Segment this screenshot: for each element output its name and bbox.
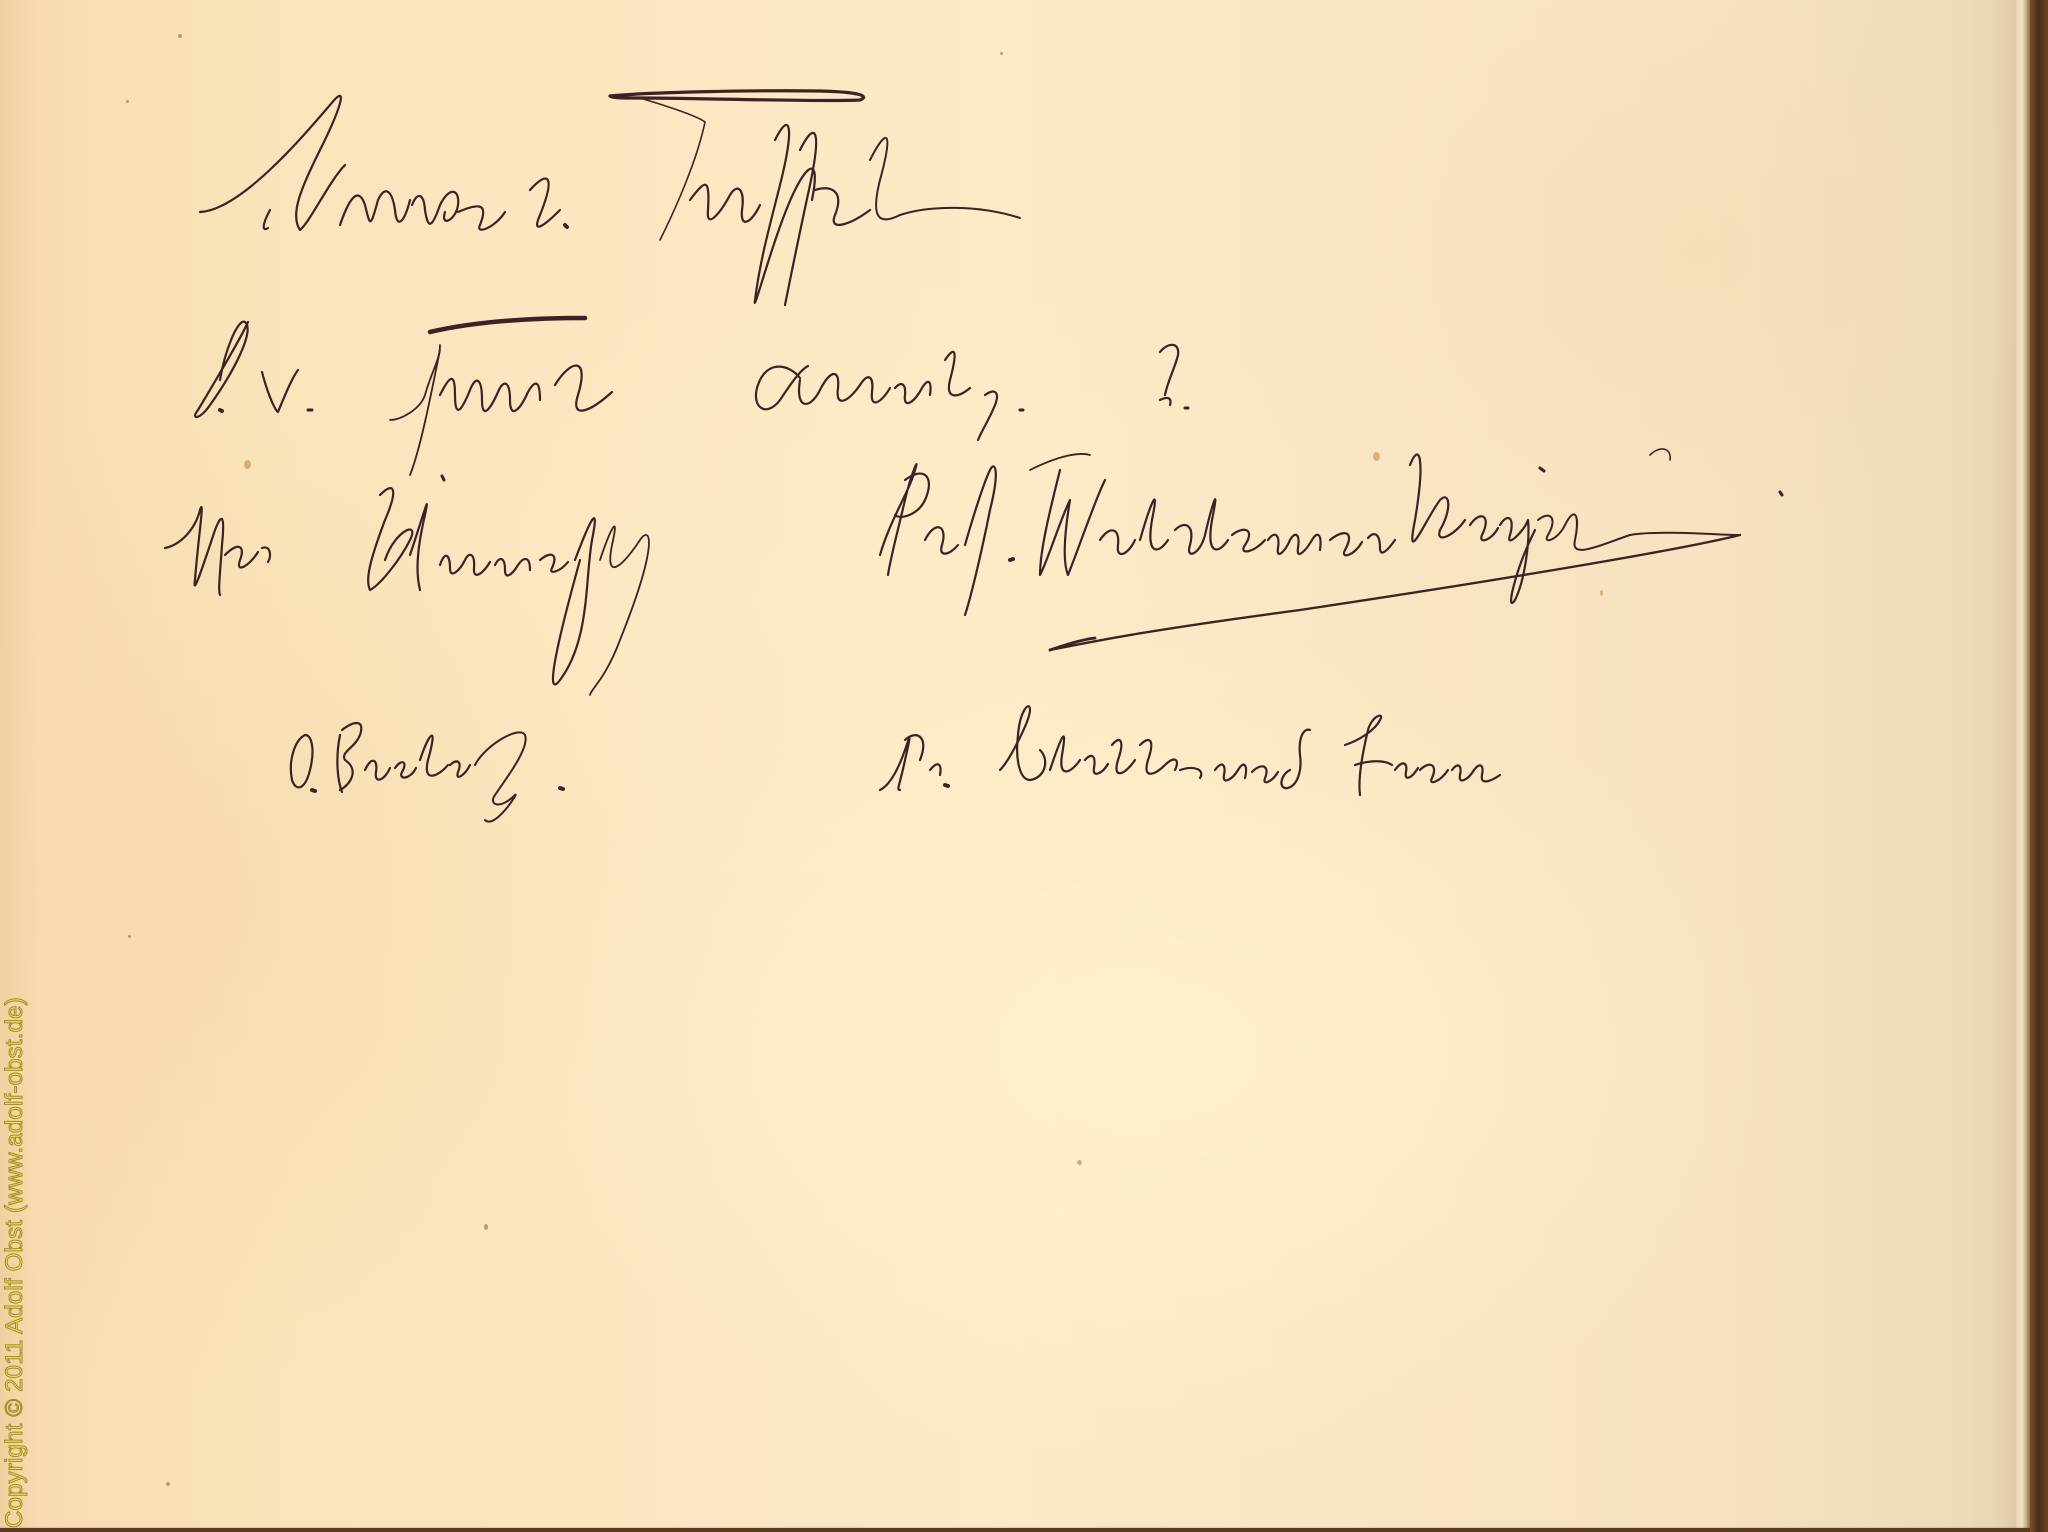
scanned-page: Annie v. Tuckfel P. v. Tremnel Admiral z… [0,0,2048,1532]
handwriting-layer [0,0,2030,1528]
signature-dr-skutsch-und-frau [880,706,1500,795]
signature-max-blumenfeld [165,476,649,695]
signature-prof-waldemar-meyer [880,449,1782,650]
book-binding [2030,0,2048,1532]
signature-o-becker [291,723,563,822]
copyright-watermark: Copyright © 2011 Adolf Obst (www.adolf-o… [2,997,28,1530]
signature-annie-v-tuckfel [200,91,1020,305]
signature-p-v-tremnel-admiral [195,318,1188,475]
